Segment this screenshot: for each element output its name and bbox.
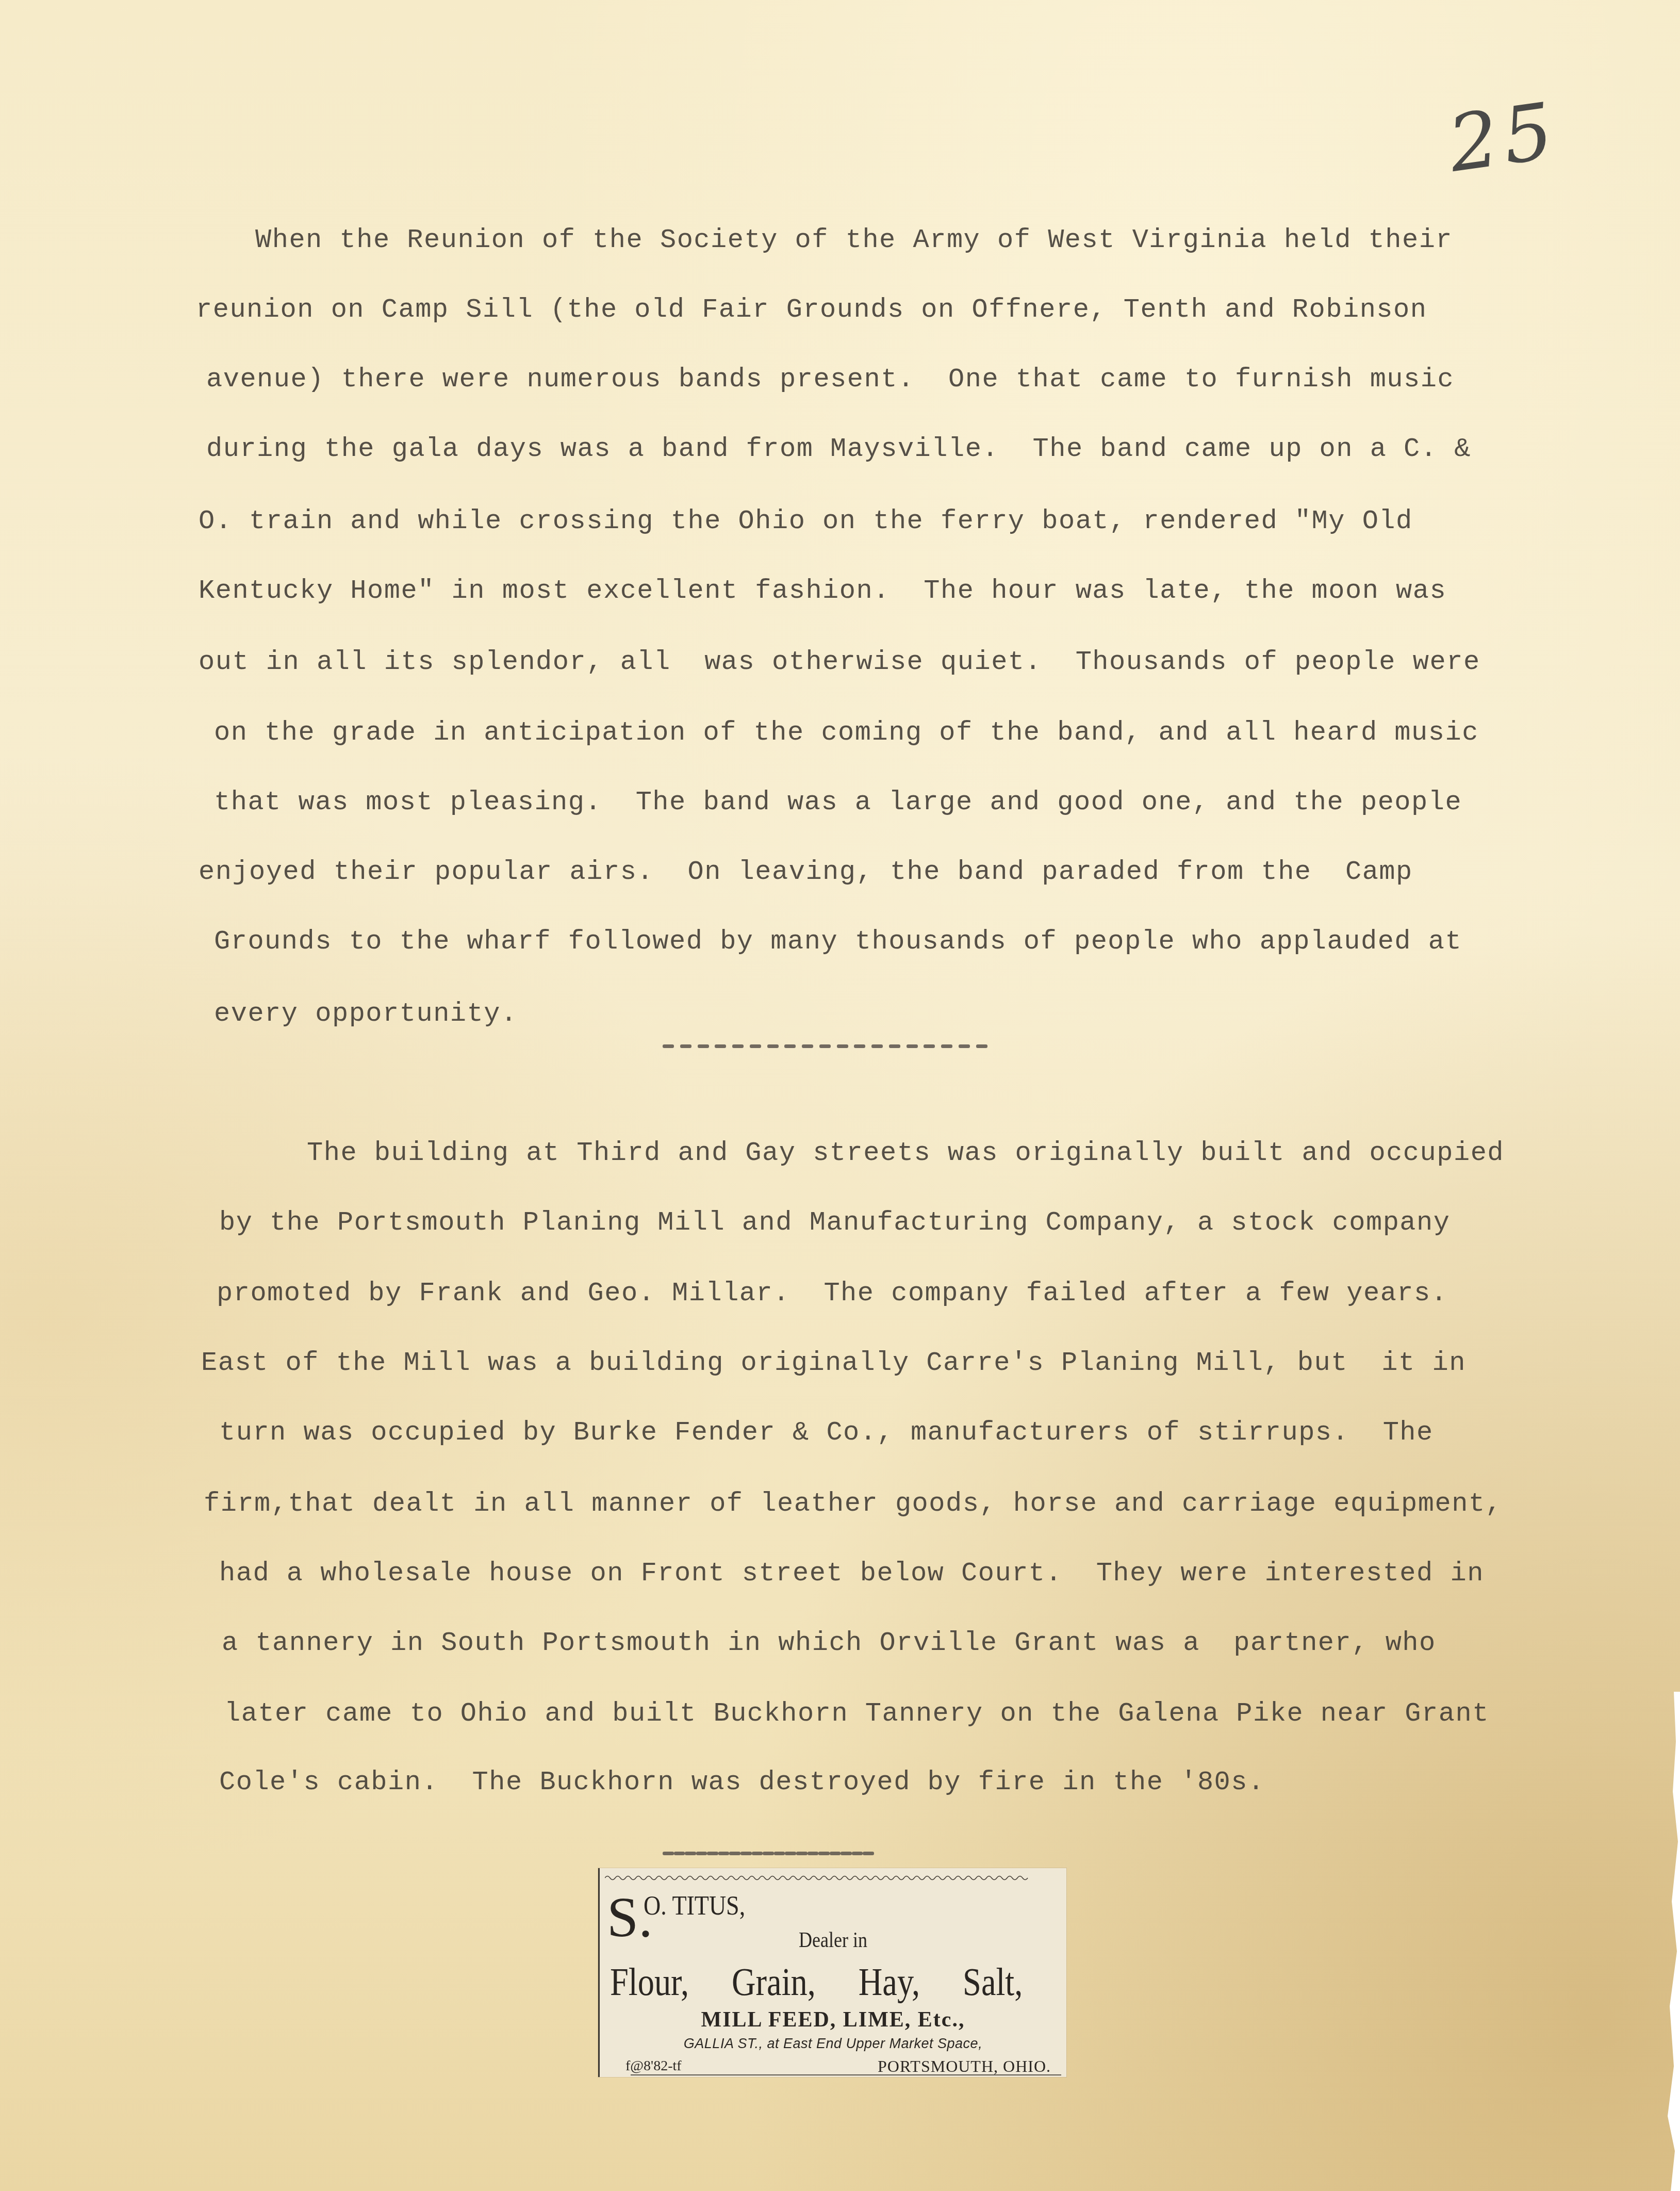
newspaper-clipping-ad: S. O. TITUS, Dealer in Flour, Grain, Hay… [598,1868,1066,2077]
text-line: during the gala days was a band from May… [206,436,1471,463]
text-line: firm,that dealt in all manner of leather… [204,1491,1502,1517]
torn-page-edge [1659,1692,1680,2191]
text-line: East of the Mill was a building original… [201,1350,1466,1377]
text-line: Kentucky Home" in most excellent fashion… [199,578,1446,604]
text-line: reunion on Camp Sill (the old Fair Groun… [196,297,1427,323]
text-line: turn was occupied by Burke Fender & Co.,… [219,1419,1434,1446]
text-line: avenue) there were numerous bands presen… [206,366,1454,393]
text-line: out in all its splendor, all was otherwi… [199,649,1480,676]
text-line: that was most pleasing. The band was a l… [214,789,1462,816]
ad-city: PORTSMOUTH, OHIO. [878,2057,1051,2076]
ad-bottom-rule [631,2074,1061,2075]
text-line: promoted by Frank and Geo. Millar. The c… [217,1280,1447,1307]
text-line: Cole's cabin. The Buckhorn was destroyed… [219,1769,1265,1796]
text-line: every opportunity. [214,1001,518,1027]
text-line: by the Portsmouth Planing Mill and Manuf… [219,1209,1450,1236]
ad-goods-line-2: MILL FEED, LIME, Etc., [600,2007,1066,2032]
ad-merchant-name: O. TITUS, [644,1890,745,1921]
ad-good-item: Hay, [859,1960,920,2005]
text-line: a tannery in South Portsmouth in which O… [222,1630,1436,1657]
text-line: on the grade in anticipation of the comi… [214,720,1479,746]
ad-goods-list: Flour, Grain, Hay, Salt, [610,1960,1023,2005]
handwritten-page-number: 25 [1443,86,1563,190]
document-page: 25 When the Reunion of the Society of th… [0,0,1680,2191]
text-line: O. train and while crossing the Ohio on … [199,508,1413,535]
ad-good-item: Flour, [610,1960,689,2005]
section-divider [663,1852,874,1856]
text-line: The building at Third and Gay streets wa… [307,1140,1504,1167]
text-line: When the Reunion of the Society of the A… [255,227,1453,254]
ad-insertion-code: f@8'82-tf [625,2058,682,2074]
text-line: had a wholesale house on Front street be… [219,1560,1484,1587]
section-divider [663,1044,987,1049]
text-line: enjoyed their popular airs. On leaving, … [199,859,1413,886]
ad-dealer-label: Dealer in [600,1927,1066,1952]
ad-address: GALLIA ST., at East End Upper Market Spa… [600,2036,1066,2052]
text-line: later came to Ohio and built Buckhorn Ta… [224,1701,1489,1727]
ad-good-item: Grain, [732,1960,816,2005]
wavy-border-icon [605,1874,1059,1882]
ad-good-item: Salt, [963,1960,1023,2005]
text-line: Grounds to the wharf followed by many th… [214,928,1462,955]
